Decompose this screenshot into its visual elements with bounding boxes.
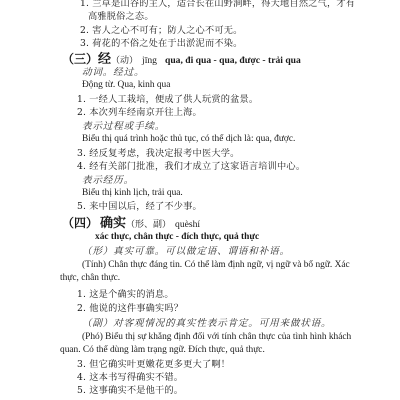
definition-zh: 动词。经过。 (82, 66, 144, 79)
sense-vi-continued: quan. Có thể dùng làm trạng ngữ. Đích th… (60, 344, 265, 357)
example-number: 4. (77, 161, 86, 172)
example-line: 2. 他说的这件事确实吗？ (77, 302, 183, 315)
entry-label: （三） (62, 52, 98, 66)
sense-zh: （形）真实可靠。可以做定语、谓语和补语。 (82, 245, 290, 258)
example-line: 5. 这事确实不是他干的。 (77, 384, 183, 397)
example-number: 1. (80, 0, 89, 9)
entry-pinyin: jīng (142, 55, 157, 66)
example-line: 3. 荷花的不俗之处在于出淤泥而不染。 (80, 37, 243, 50)
example-line: 1. 兰草是山谷的主人，适合长在山野涧畔，得天地自然之气，才有 (80, 0, 355, 10)
example-text: 但它确实叶更嫩花更多更大了啊！ (89, 359, 230, 370)
example-text: 来中国以后，经了不少事。 (89, 201, 202, 212)
example-line: 3. 经反复考虑，我决定报考中医大学。 (77, 147, 240, 160)
example-text: 他说的这件事确实吗？ (89, 303, 183, 314)
entry-pos: （形、副） (126, 220, 171, 230)
entry-gloss: qua, đi qua - qua, được - trải qua (165, 55, 301, 66)
example-number: 3. (77, 148, 86, 159)
example-text: 兰草是山谷的主人，适合长在山野涧畔，得天地自然之气，才有 (92, 0, 355, 9)
example-line: 3. 但它确实叶更嫩花更多更大了啊！ (77, 358, 230, 371)
example-number: 4. (77, 372, 86, 383)
entry-word: 经 (98, 52, 111, 67)
example-number: 2. (77, 107, 86, 118)
example-line: 1. 一经人工栽培，便成了供人玩赏的盆景。 (77, 93, 258, 106)
sense-vi: Biểu thị quá trình hoặc thủ tục, có thể … (82, 133, 295, 146)
example-number: 1. (77, 94, 86, 105)
example-line-continued: 高雅脱俗之态。 (88, 10, 154, 23)
example-number: 3. (77, 359, 86, 370)
sense-vi-continued: thực, chân thực. (60, 272, 120, 285)
sense-vi: (Phó) Biểu thị sự khẳng định đối với tín… (82, 331, 351, 344)
sense-zh: 表示过程或手续。 (82, 120, 165, 133)
definition-vi: Động từ. Qua, kinh qua (82, 79, 170, 92)
example-number: 3. (80, 38, 89, 49)
example-text: 一经人工栽培，便成了供人玩赏的盆景。 (89, 94, 258, 105)
entry-word: 确实 (100, 216, 126, 231)
entry-label: （四） (62, 216, 98, 230)
example-text: 这是个确实的消息。 (89, 289, 174, 300)
entry-pos: （动） (111, 56, 138, 66)
example-text: 经有关部门批准，我们才成立了这家语言培训中心。 (89, 161, 305, 172)
entry-pinyin: quèshí (175, 219, 200, 230)
example-text: 这本书写得确实不错。 (89, 372, 183, 383)
example-text: 本次列车经南京开往上海。 (89, 107, 202, 118)
example-number: 2. (80, 25, 89, 36)
example-text: 荷花的不俗之处在于出淤泥而不染。 (92, 38, 242, 49)
example-line: 4. 经有关部门批准，我们才成立了这家语言培训中心。 (77, 160, 305, 173)
example-line: 2. 本次列车经南京开往上海。 (77, 106, 202, 119)
example-number: 5. (77, 385, 86, 396)
sense-zh: 表示经历。 (82, 174, 134, 187)
example-text: 经反复考虑，我决定报考中医大学。 (89, 148, 239, 159)
document-page: 1. 兰草是山谷的主人，适合长在山野涧畔，得天地自然之气，才有 高雅脱俗之态。 … (0, 0, 400, 400)
example-line: 5. 来中国以后，经了不少事。 (77, 200, 202, 213)
example-number: 1. (77, 289, 86, 300)
example-line: 4. 这本书写得确实不错。 (77, 371, 183, 384)
example-line: 2. 害人之心不可有；防人之心不可无。 (80, 24, 243, 37)
example-text: 害人之心不可有；防人之心不可无。 (92, 25, 242, 36)
example-text: 这事确实不是他干的。 (89, 385, 183, 396)
sense-vi: (Tính) Chân thực đáng tin. Có thể làm đị… (82, 259, 350, 272)
sense-vi: Biểu thị kinh lịch, trải qua. (82, 187, 183, 200)
example-number: 2. (77, 303, 86, 314)
sense-zh: （副）对客观情况的真实性表示肯定。可用来做状语。 (82, 317, 331, 330)
entry-gloss: xác thực, chân thực - đích thực, quả thự… (95, 231, 259, 244)
example-number: 5. (77, 201, 86, 212)
example-line: 1. 这是个确实的消息。 (77, 288, 174, 301)
